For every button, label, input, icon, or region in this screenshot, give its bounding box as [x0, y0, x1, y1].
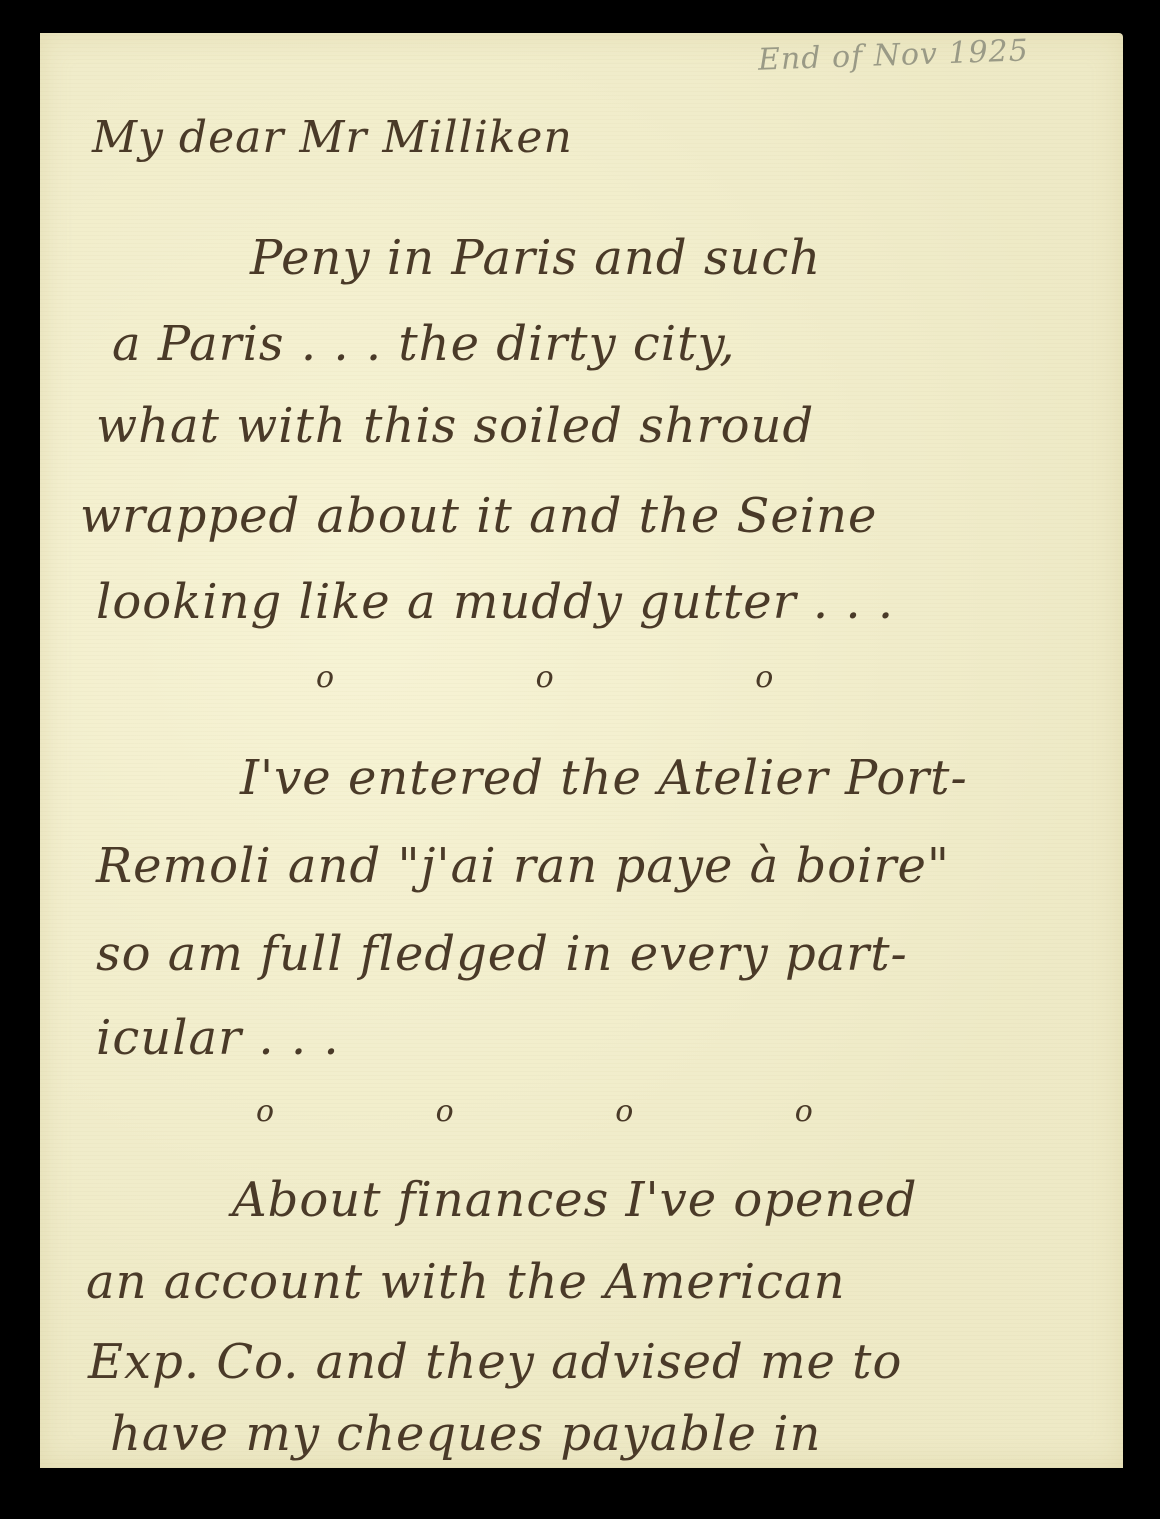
letter-line: About finances I've opened — [232, 1172, 918, 1228]
salutation: My dear Mr Milliken — [92, 112, 573, 163]
section-divider-dots: o o o — [316, 660, 774, 695]
letter-line: Remoli and "j'ai ran paye à boire" — [96, 838, 950, 894]
letter-line: icular . . . — [96, 1010, 340, 1066]
letter-line: what with this soiled shroud — [96, 398, 814, 454]
letter-line: have my cheques payable in — [110, 1406, 821, 1462]
section-divider-dots: o o o o — [256, 1094, 814, 1129]
letter-line: Peny in Paris and such — [250, 230, 821, 286]
letter-line: Exp. Co. and they advised me to — [88, 1334, 902, 1390]
letter-line: I've entered the Atelier Port- — [240, 750, 968, 806]
letter-line: a Paris . . . the dirty city, — [112, 316, 735, 372]
letter-line: an account with the American — [86, 1254, 846, 1310]
letter-line: looking like a muddy gutter . . . — [96, 574, 894, 630]
letter-line: so am full fledged in every part- — [96, 926, 908, 982]
letter-line: wrapped about it and the Seine — [80, 488, 877, 544]
